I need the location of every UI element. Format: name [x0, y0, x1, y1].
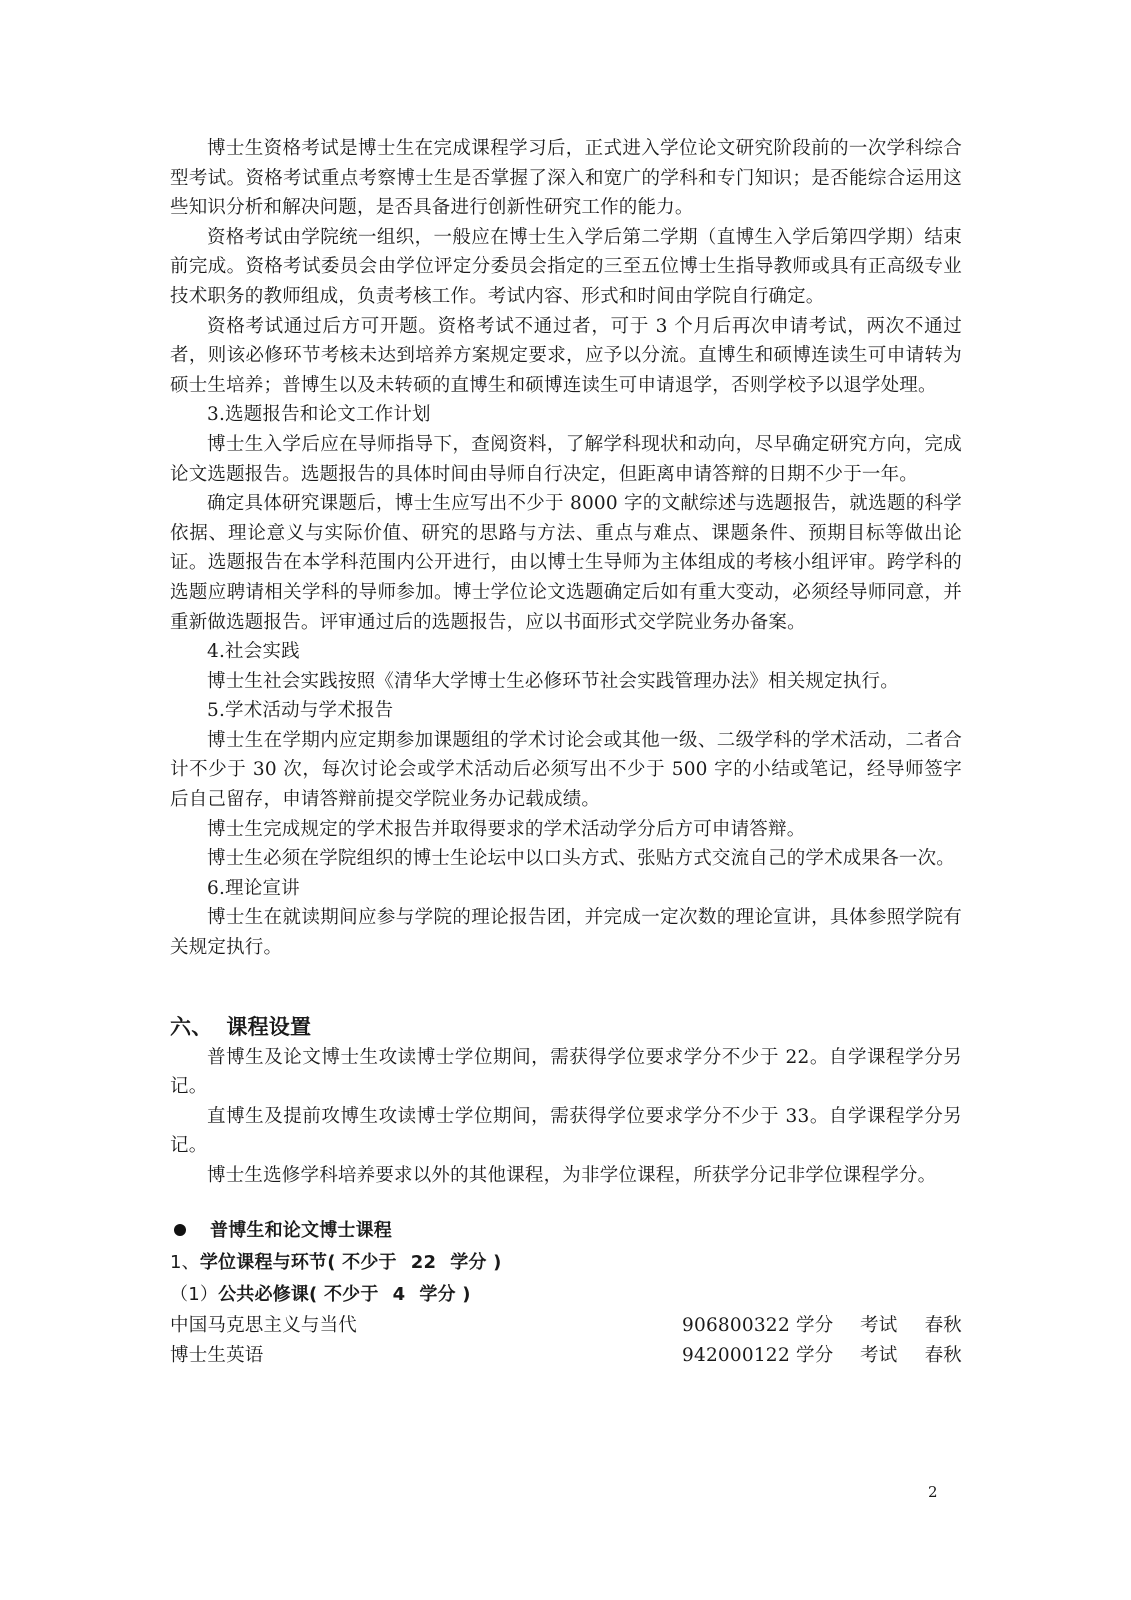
course-group-heading: 普博生和论文博士课程: [170, 1215, 962, 1247]
body-paragraph: 博士生社会实践按照《清华大学博士生必修环节社会实践管理办法》相关规定执行。: [170, 667, 962, 697]
subsection-heading: 4.社会实践: [170, 637, 962, 667]
section-number: 六、: [170, 1015, 212, 1039]
body-paragraph: 资格考试通过后方可开题。资格考试不通过者，可于 3 个月后再次申请考试，两次不通…: [170, 312, 962, 401]
section-title: 课程设置: [226, 1015, 311, 1039]
course-row: 中国马克思主义与当代 90680032 2 学分 考试 春秋: [170, 1311, 962, 1341]
body-paragraph: 博士生入学后应在导师指导下，查阅资料，了解学科现状和动向，尽早确定研究方向，完成…: [170, 430, 962, 489]
course-list: 中国马克思主义与当代 90680032 2 学分 考试 春秋 博士生英语 942…: [170, 1311, 962, 1371]
body-paragraph: 博士生在就读期间应参与学院的理论报告团，并完成一定次数的理论宣讲，具体参照学院有…: [170, 903, 962, 962]
credit-paragraph: 直博生及提前攻博生攻读博士学位期间，需获得学位要求学分不少于 33。自学课程学分…: [170, 1102, 962, 1161]
body-paragraph: 博士生在学期内应定期参加课题组的学术讨论会或其他一级、二级学科的学术活动，二者合…: [170, 726, 962, 815]
course-term: 春秋: [922, 1311, 962, 1341]
course-term: 春秋: [922, 1341, 962, 1371]
credit-paragraph: 普博生及论文博士生攻读博士学位期间，需获得学位要求学分不少于 22。自学课程学分…: [170, 1043, 962, 1102]
course-row: 博士生英语 94200012 2 学分 考试 春秋: [170, 1341, 962, 1371]
course-assessment: 考试: [860, 1311, 922, 1341]
course-credit: 2 学分: [778, 1341, 860, 1371]
body-paragraph: 博士生必须在学院组织的博士生论坛中以口头方式、张贴方式交流自己的学术成果各一次。: [170, 844, 962, 874]
course-code: 94200012: [682, 1341, 778, 1371]
body-paragraph: 资格考试由学院统一组织，一般应在博士生入学后第二学期（直博生入学后第四学期）结束…: [170, 223, 962, 312]
course-credit: 2 学分: [778, 1311, 860, 1341]
bullet-icon: [174, 1224, 186, 1236]
subsection-heading: 3.选题报告和论文工作计划: [170, 400, 962, 430]
credit-paragraph: 博士生选修学科培养要求以外的其他课程，为非学位课程，所获学分记非学位课程学分。: [170, 1161, 962, 1191]
course-name: 博士生英语: [170, 1341, 682, 1371]
course-name: 中国马克思主义与当代: [170, 1311, 682, 1341]
document-page: 博士生资格考试是博士生在完成课程学习后，正式进入学位论文研究阶段前的一次学科综合…: [0, 0, 1131, 1600]
page-number: 2: [928, 1483, 938, 1501]
document-body: 博士生资格考试是博士生在完成课程学习后，正式进入学位论文研究阶段前的一次学科综合…: [170, 134, 962, 1371]
subsection-heading: 6.理论宣讲: [170, 874, 962, 904]
requirements-text: 博士生资格考试是博士生在完成课程学习后，正式进入学位论文研究阶段前的一次学科综合…: [170, 134, 962, 963]
course-assessment: 考试: [860, 1341, 922, 1371]
body-paragraph: 博士生资格考试是博士生在完成课程学习后，正式进入学位论文研究阶段前的一次学科综合…: [170, 134, 962, 223]
section-heading: 六、课程设置: [170, 1011, 962, 1043]
subsection-heading: 5.学术活动与学术报告: [170, 696, 962, 726]
degree-course-requirement: 1、学位课程与环节( 不少于22学分 ): [170, 1247, 962, 1279]
body-paragraph: 确定具体研究课题后，博士生应写出不少于 8000 字的文献综述与选题报告，就选题…: [170, 489, 962, 637]
public-required-requirement: （1）公共必修课( 不少于4学分 ): [170, 1279, 962, 1311]
course-code: 90680032: [682, 1311, 778, 1341]
body-paragraph: 博士生完成规定的学术报告并取得要求的学术活动学分后方可申请答辩。: [170, 815, 962, 845]
